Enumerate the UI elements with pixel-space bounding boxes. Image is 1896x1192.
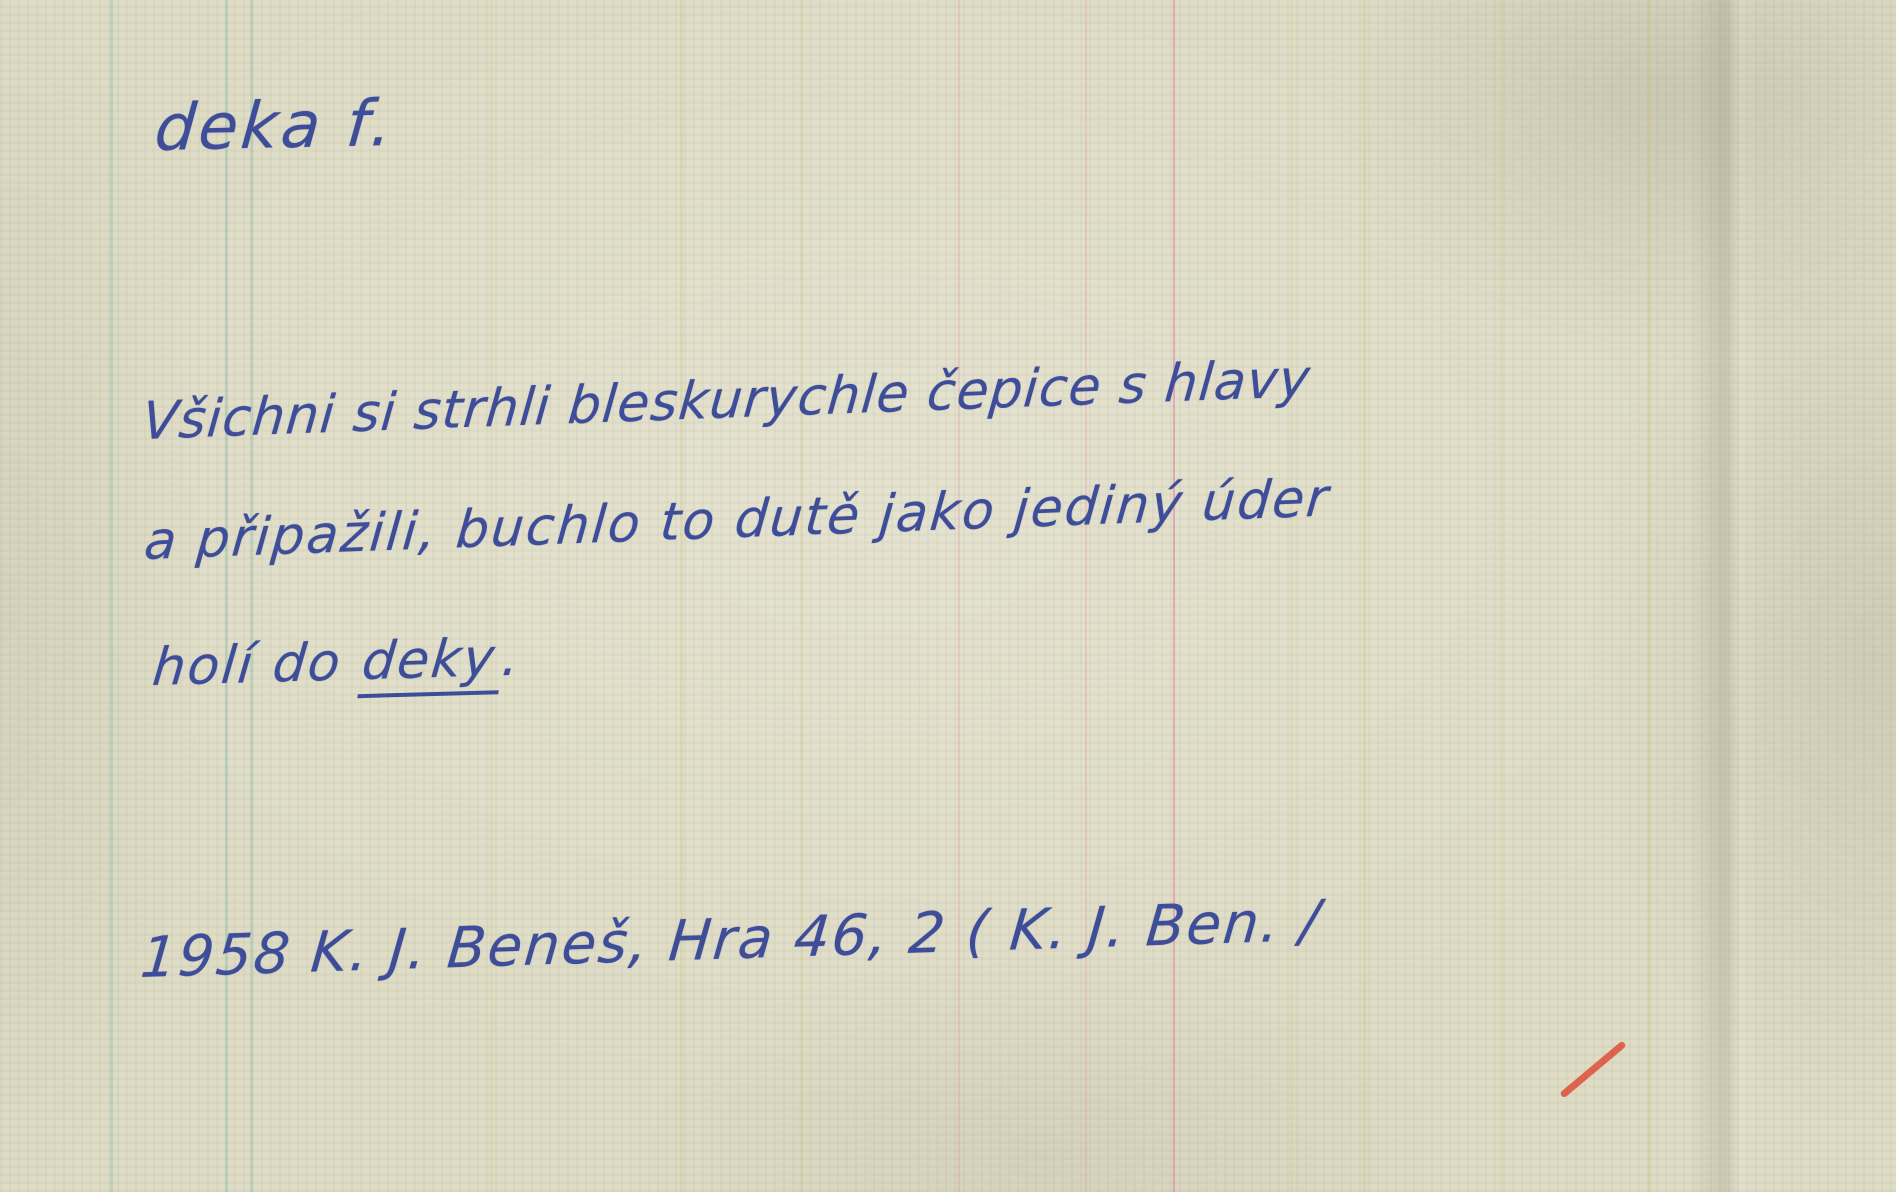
ruled-line (1648, 0, 1651, 1192)
ruled-line (250, 0, 253, 1192)
ruled-line (225, 0, 228, 1192)
quotation-line-3-punct: . (499, 628, 523, 689)
ruled-line (680, 0, 683, 1192)
paper-grain-texture (0, 0, 1896, 1192)
quotation-line-3-prefix: holí do (150, 632, 363, 698)
quotation-line-1: Všichni si strhli bleskurychle čepice s … (140, 349, 1313, 452)
quotation-line-2: a připažili, buchlo to dutě jako jediný … (142, 468, 1332, 572)
source-citation: 1958 K. J. Beneš, Hra 46, 2 ( K. J. Ben.… (138, 889, 1324, 991)
ruled-line (800, 0, 803, 1192)
ruled-line (958, 0, 960, 1192)
ruled-line (1500, 0, 1503, 1192)
ruled-line (1290, 0, 1293, 1192)
lexical-excerpt-card: deka f. Všichni si strhli bleskurychle č… (0, 0, 1896, 1192)
red-check-mark (1559, 1040, 1626, 1098)
ruled-line (1173, 0, 1175, 1192)
underlined-headword-reference: deky (357, 628, 505, 698)
ruled-line (110, 0, 113, 1192)
ruled-line (490, 0, 493, 1192)
paper-crease (1690, 0, 1760, 1192)
ruled-line (1085, 0, 1087, 1192)
quotation-line-3: holí do deky. (150, 628, 524, 698)
ruled-line (1363, 0, 1366, 1192)
headword: deka f. (152, 87, 398, 166)
